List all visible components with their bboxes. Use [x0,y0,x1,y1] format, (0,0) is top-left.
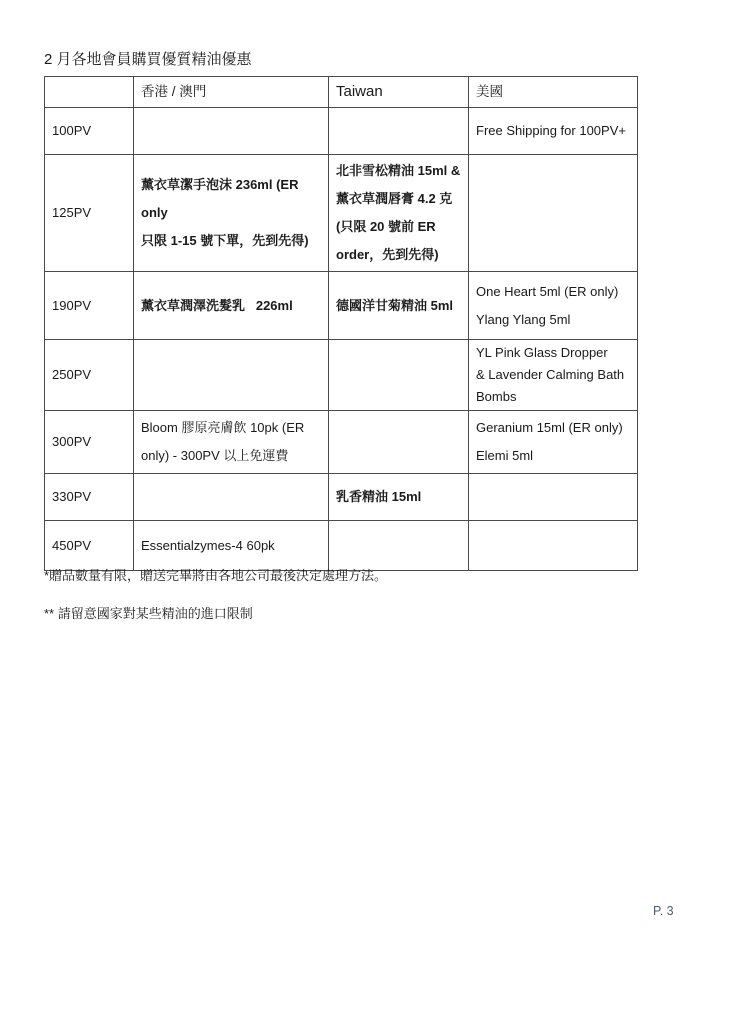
cell-330pv-hk [134,474,329,521]
header-hong-kong-macau: 香港 / 澳門 [134,77,329,108]
cell-300pv-us: Geranium 15ml (ER only) Elemi 5ml [469,411,638,474]
cell-100pv-label: 100PV [45,108,134,155]
page-number: P. 3 [653,904,674,918]
promotion-table: 香港 / 澳門 Taiwan 美國 100PV Free Shipping fo… [44,76,638,571]
table-row-450pv: 450PV Essentialzymes-4 60pk [45,521,638,571]
cell-330pv-tw: 乳香精油 15ml [329,474,469,521]
cell-300pv-tw [329,411,469,474]
cell-125pv-tw: 北非雪松精油 15ml & 薰衣草潤唇膏 4.2 克 (只限 20 號前 ER … [329,155,469,272]
document-page: 2 月各地會員購買優質精油優惠 香港 / 澳門 Taiwan 美國 100PV … [0,0,744,1024]
cell-450pv-hk: Essentialzymes-4 60pk [134,521,329,571]
cell-250pv-label: 250PV [45,340,134,411]
cell-100pv-us: Free Shipping for 100PV+ [469,108,638,155]
table-row-300pv: 300PV Bloom 膠原亮膚飲 10pk (ER only) - 300PV… [45,411,638,474]
header-pv [45,77,134,108]
cell-250pv-us: YL Pink Glass Dropper & Lavender Calming… [469,340,638,411]
cell-450pv-label: 450PV [45,521,134,571]
cell-450pv-tw [329,521,469,571]
header-taiwan: Taiwan [329,77,469,108]
header-usa: 美國 [469,77,638,108]
cell-330pv-us [469,474,638,521]
footnote-gift-quantity: *贈品數量有限，贈送完畢將由各地公司最後決定處理方法。 [44,566,387,586]
page-title: 2 月各地會員購買優質精油優惠 [44,50,252,70]
cell-300pv-hk: Bloom 膠原亮膚飲 10pk (ER only) - 300PV 以上免運費 [134,411,329,474]
table-row-250pv: 250PV YL Pink Glass Dropper & Lavender C… [45,340,638,411]
cell-450pv-us [469,521,638,571]
cell-100pv-tw [329,108,469,155]
cell-330pv-label: 330PV [45,474,134,521]
table-row-125pv: 125PV 薰衣草潔手泡沫 236ml (ER only 只限 1-15 號下單… [45,155,638,272]
cell-125pv-hk: 薰衣草潔手泡沫 236ml (ER only 只限 1-15 號下單，先到先得) [134,155,329,272]
cell-250pv-hk [134,340,329,411]
cell-300pv-label: 300PV [45,411,134,474]
cell-190pv-us: One Heart 5ml (ER only) Ylang Ylang 5ml [469,272,638,340]
table-row-190pv: 190PV 薰衣草潤澤洗髮乳 226ml 德國洋甘菊精油 5ml One Hea… [45,272,638,340]
table-header-row: 香港 / 澳門 Taiwan 美國 [45,77,638,108]
cell-250pv-tw [329,340,469,411]
cell-125pv-us [469,155,638,272]
table-row-330pv: 330PV 乳香精油 15ml [45,474,638,521]
cell-190pv-label: 190PV [45,272,134,340]
footnote-import-restriction: ** 請留意國家對某些精油的進口限制 [44,604,253,624]
cell-125pv-label: 125PV [45,155,134,272]
cell-190pv-tw: 德國洋甘菊精油 5ml [329,272,469,340]
cell-100pv-hk [134,108,329,155]
table-row-100pv: 100PV Free Shipping for 100PV+ [45,108,638,155]
cell-190pv-hk: 薰衣草潤澤洗髮乳 226ml [134,272,329,340]
